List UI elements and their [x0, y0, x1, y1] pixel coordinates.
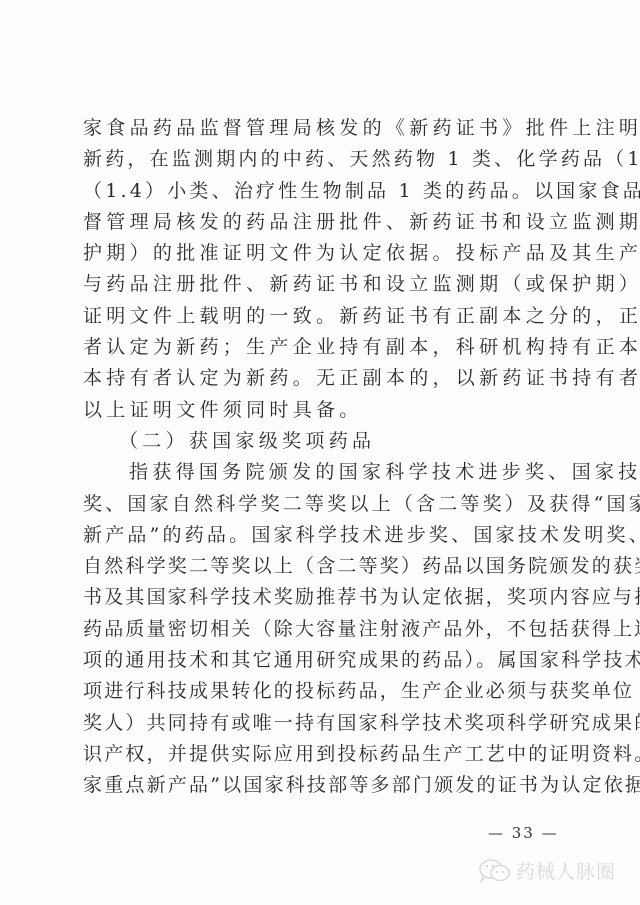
text-line: 药品质量密切相关（除大容量注射液产品外，不包括获得上述奖 — [83, 614, 559, 645]
text-line: 护期）的批准证明文件为认定依据。投标产品及其生产企业应 — [83, 238, 559, 269]
text-line: 新药，在监测期内的中药、天然药物 1 类、化学药品（1.1）至 — [83, 144, 559, 175]
text-line: 督管理局核发的药品注册批件、新药证书和设立监测期（或保 — [83, 207, 559, 238]
page-number: — 33 — — [488, 824, 559, 842]
text-line: 新产品”的药品。国家科学技术进步奖、国家技术发明奖、国家 — [83, 520, 559, 551]
watermark: 药械人脉圈 — [478, 857, 616, 884]
text-line: （1.4）小类、治疗性生物制品 1 类的药品。以国家食品药品监 — [83, 176, 559, 207]
text-line: 自然科学奖二等奖以上（含二等奖）药品以国务院颁发的获奖证 — [83, 551, 559, 582]
section-heading: （二）获国家级奖项药品 — [83, 426, 559, 457]
watermark-text: 药械人脉圈 — [516, 857, 616, 884]
text-line: 以上证明文件须同时具备。 — [83, 395, 559, 426]
text-line: 识产权，并提供实际应用到投标药品生产工艺中的证明资料。“国 — [83, 739, 559, 770]
text-line: 本持有者认定为新药。无正副本的，以新药证书持有者为准。 — [83, 363, 559, 394]
document-body: 家食品药品监督管理局核发的《新药证书》批件上注明的一类 新药，在监测期内的中药、… — [83, 113, 559, 802]
text-line: 家食品药品监督管理局核发的《新药证书》批件上注明的一类 — [83, 113, 559, 144]
text-line: 奖、国家自然科学奖二等奖以上（含二等奖）及获得“国家重点 — [83, 489, 559, 520]
text-line: 书及其国家科学技术奖励推荐书为认定依据，奖项内容应与投标 — [83, 582, 559, 613]
document-page: 家食品药品监督管理局核发的《新药证书》批件上注明的一类 新药，在监测期内的中药、… — [0, 0, 640, 905]
text-line: 指获得国务院颁发的国家科学技术进步奖、国家技术发明 — [83, 457, 559, 488]
text-line: 与药品注册批件、新药证书和设立监测期（或保护期）的批准 — [83, 269, 559, 300]
text-line: 项进行科技成果转化的投标药品，生产企业必须与获奖单位（获 — [83, 676, 559, 707]
text-line: 者认定为新药；生产企业持有副本，科研机构持有正本的，副 — [83, 332, 559, 363]
wechat-icon — [478, 858, 512, 884]
text-line: 项的通用技术和其它通用研究成果的药品）。属国家科学技术奖 — [83, 645, 559, 676]
text-line: 证明文件上载明的一致。新药证书有正副本之分的，正本拥有 — [83, 301, 559, 332]
text-line: 奖人）共同持有或唯一持有国家科学技术奖项科学研究成果的知 — [83, 708, 559, 739]
text-line: 家重点新产品”以国家科技部等多部门颁发的证书为认定依据， — [83, 770, 559, 801]
